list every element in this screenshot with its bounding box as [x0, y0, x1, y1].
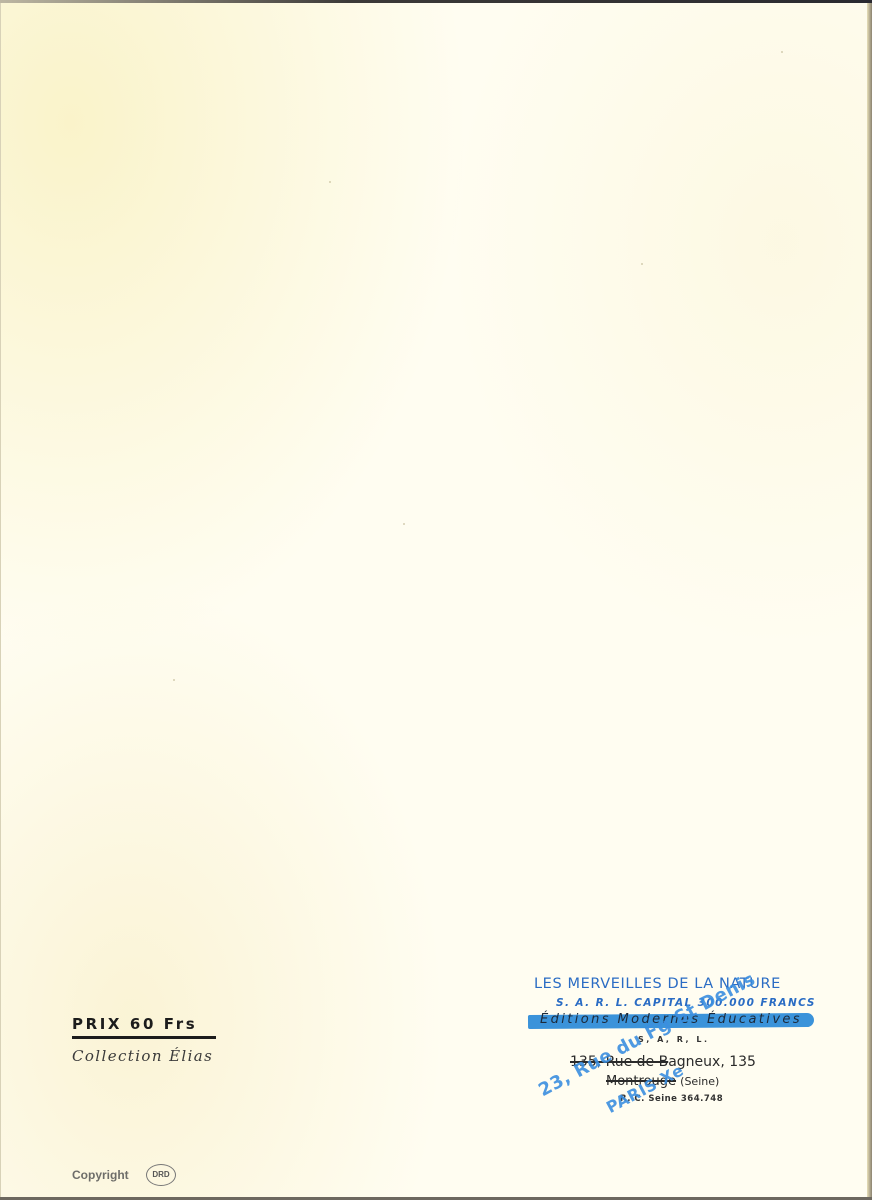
paper-speck — [781, 51, 783, 53]
price-label: PRIX 60 Frs — [72, 1015, 216, 1039]
paper-speck — [173, 679, 175, 681]
copyright-seal-icon: DRD — [146, 1164, 176, 1186]
paper-speck — [403, 523, 405, 525]
paper-speck — [329, 181, 331, 183]
copyright-text: Copyright — [72, 1168, 129, 1182]
spine-edge — [867, 3, 872, 1197]
paper-speck — [641, 263, 643, 265]
collection-name: Collection Élias — [72, 1047, 213, 1065]
